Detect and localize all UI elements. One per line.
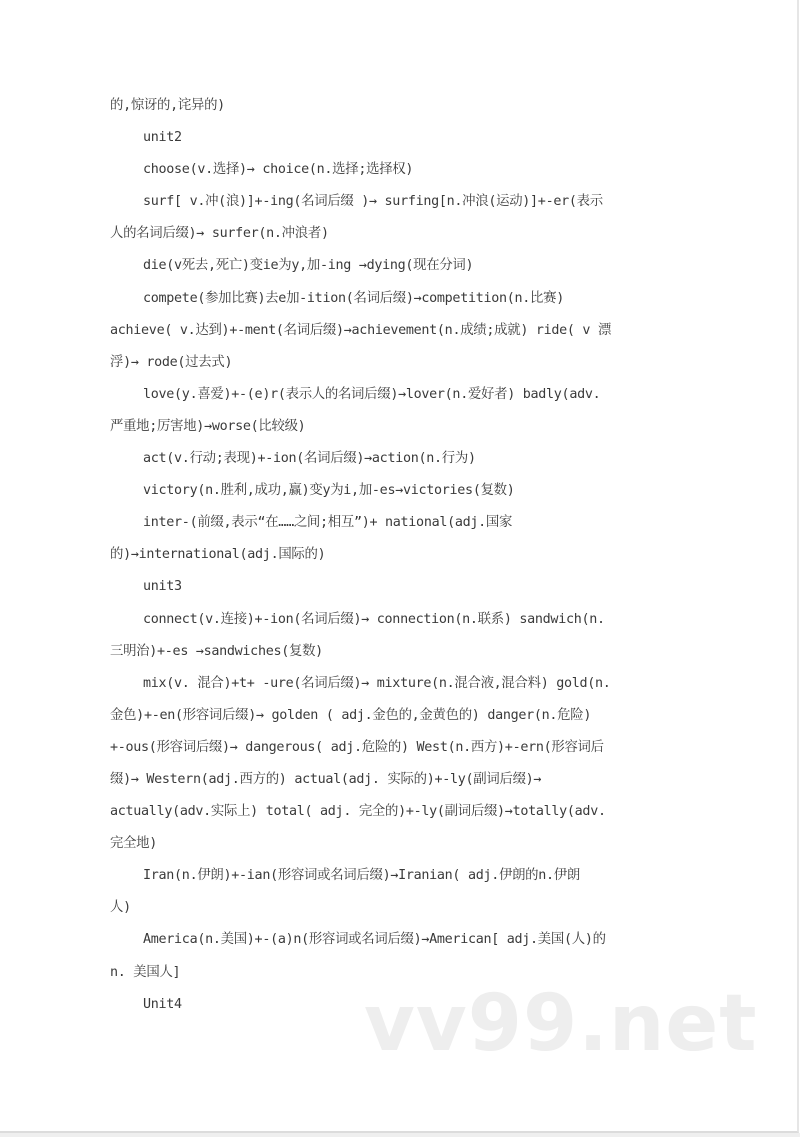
text-line: 人的名词后缀)→ surfer(n.冲浪者)	[110, 218, 678, 250]
text-line: inter-(前缀,表示“在……之间;相互”)+ national(adj.国家	[110, 507, 678, 539]
text-line: 三明治)+-es →sandwiches(复数)	[110, 636, 678, 668]
text-line: 浮)→ rode(过去式)	[110, 347, 678, 379]
document-page: 的,惊讶的,诧异的) unit2 choose(v.选择)→ choice(n.…	[0, 0, 799, 1133]
text-line: 的,惊讶的,诧异的)	[110, 90, 678, 122]
document-body: 的,惊讶的,诧异的) unit2 choose(v.选择)→ choice(n.…	[110, 90, 678, 1021]
text-line: 人)	[110, 892, 678, 924]
text-line: choose(v.选择)→ choice(n.选择;选择权)	[110, 154, 678, 186]
text-line: actually(adv.实际上) total( adj. 完全的)+-ly(副…	[110, 796, 678, 828]
text-line: 严重地;厉害地)→worse(比较级)	[110, 411, 678, 443]
text-line: victory(n.胜利,成功,赢)变y为i,加-es→victories(复数…	[110, 475, 678, 507]
text-line: die(v死去,死亡)变ie为y,加-ing →dying(现在分词)	[110, 250, 678, 282]
text-line: act(v.行动;表现)+-ion(名词后缀)→action(n.行为)	[110, 443, 678, 475]
text-line: achieve( v.达到)+-ment(名词后缀)→achievement(n…	[110, 315, 678, 347]
watermark: vv99.net	[364, 985, 758, 1063]
unit-heading: unit3	[110, 571, 678, 603]
unit-heading: unit2	[110, 122, 678, 154]
text-line: 金色)+-en(形容词后缀)→ golden ( adj.金色的,金黄色的) d…	[110, 700, 678, 732]
text-line: 缀)→ Western(adj.西方的) actual(adj. 实际的)+-l…	[110, 764, 678, 796]
text-line: mix(v. 混合)+t+ -ure(名词后缀)→ mixture(n.混合液,…	[110, 668, 678, 700]
text-line: love(y.喜爱)+-(e)r(表示人的名词后缀)→lover(n.爱好者) …	[110, 379, 678, 411]
text-line: Iran(n.伊朗)+-ian(形容词或名词后缀)→Iranian( adj.伊…	[110, 860, 678, 892]
text-line: America(n.美国)+-(a)n(形容词或名词后缀)→American[ …	[110, 924, 678, 956]
text-line: connect(v.连接)+-ion(名词后缀)→ connection(n.联…	[110, 604, 678, 636]
text-line: 完全地)	[110, 828, 678, 860]
text-line: surf[ v.冲(浪)]+-ing(名词后缀 )→ surfing[n.冲浪(…	[110, 186, 678, 218]
text-line: compete(参加比赛)去e加-ition(名词后缀)→competition…	[110, 283, 678, 315]
text-line: +-ous(形容词后缀)→ dangerous( adj.危险的) West(n…	[110, 732, 678, 764]
text-line: 的)→international(adj.国际的)	[110, 539, 678, 571]
page-bottom-edge	[0, 1133, 800, 1137]
